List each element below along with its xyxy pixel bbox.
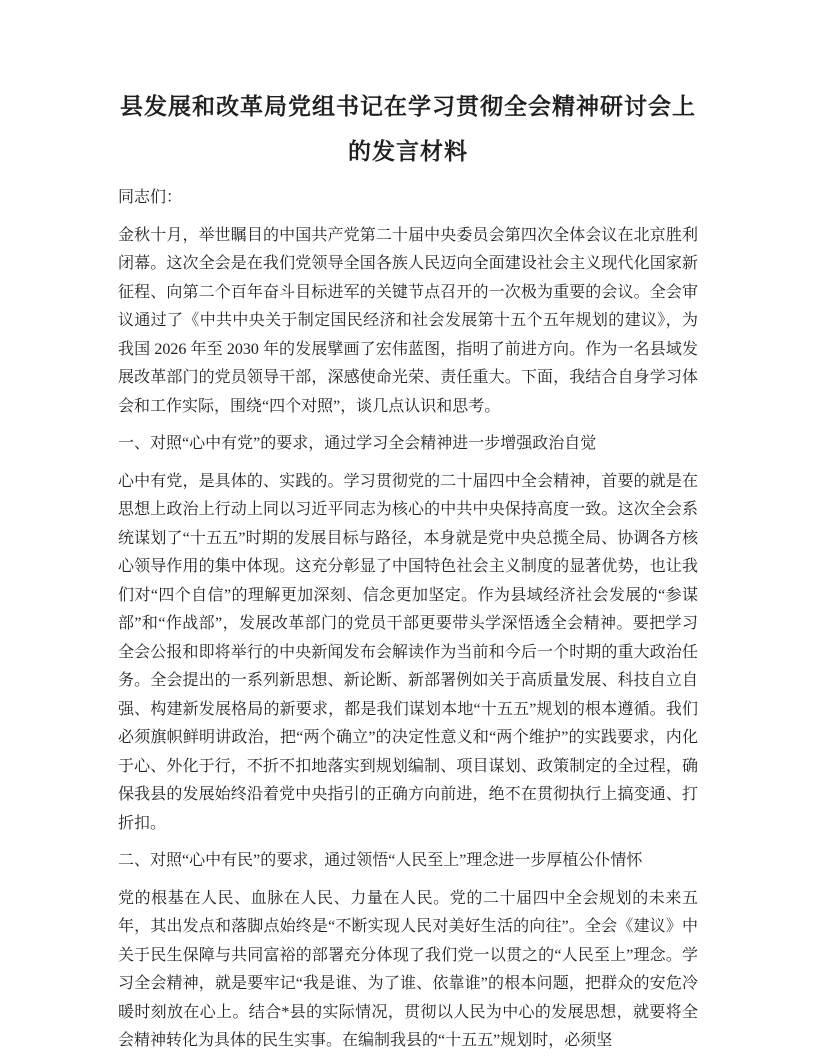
greeting-line: 同志们：: [118, 184, 698, 213]
intro-paragraph: 金秋十月，举世瞩目的中国共产党第二十届中央委员会第四次全体会议在北京胜利闭幕。这…: [118, 222, 698, 422]
document-title: 县发展和改革局党组书记在学习贯彻全会精神研讨会上的发言材料: [118, 84, 698, 174]
section-heading-2: 二、对照“心中有民”的要求，通过领悟“人民至上”理念进一步厚植公仆情怀: [118, 847, 698, 876]
document-page: 县发展和改革局党组书记在学习贯彻全会精神研讨会上的发言材料 同志们： 金秋十月，…: [0, 0, 816, 1056]
section-heading-1: 一、对照“心中有党”的要求，通过学习全会精神进一步增强政治自觉: [118, 430, 698, 459]
section-paragraph-2: 党的根基在人民、血脉在人民、力量在人民。党的二十届四中全会规划的未来五年，其出发…: [118, 885, 698, 1056]
section-paragraph-1: 心中有党，是具体的、实践的。学习贯彻党的二十届四中全会精神，首要的就是在思想上政…: [118, 468, 698, 839]
